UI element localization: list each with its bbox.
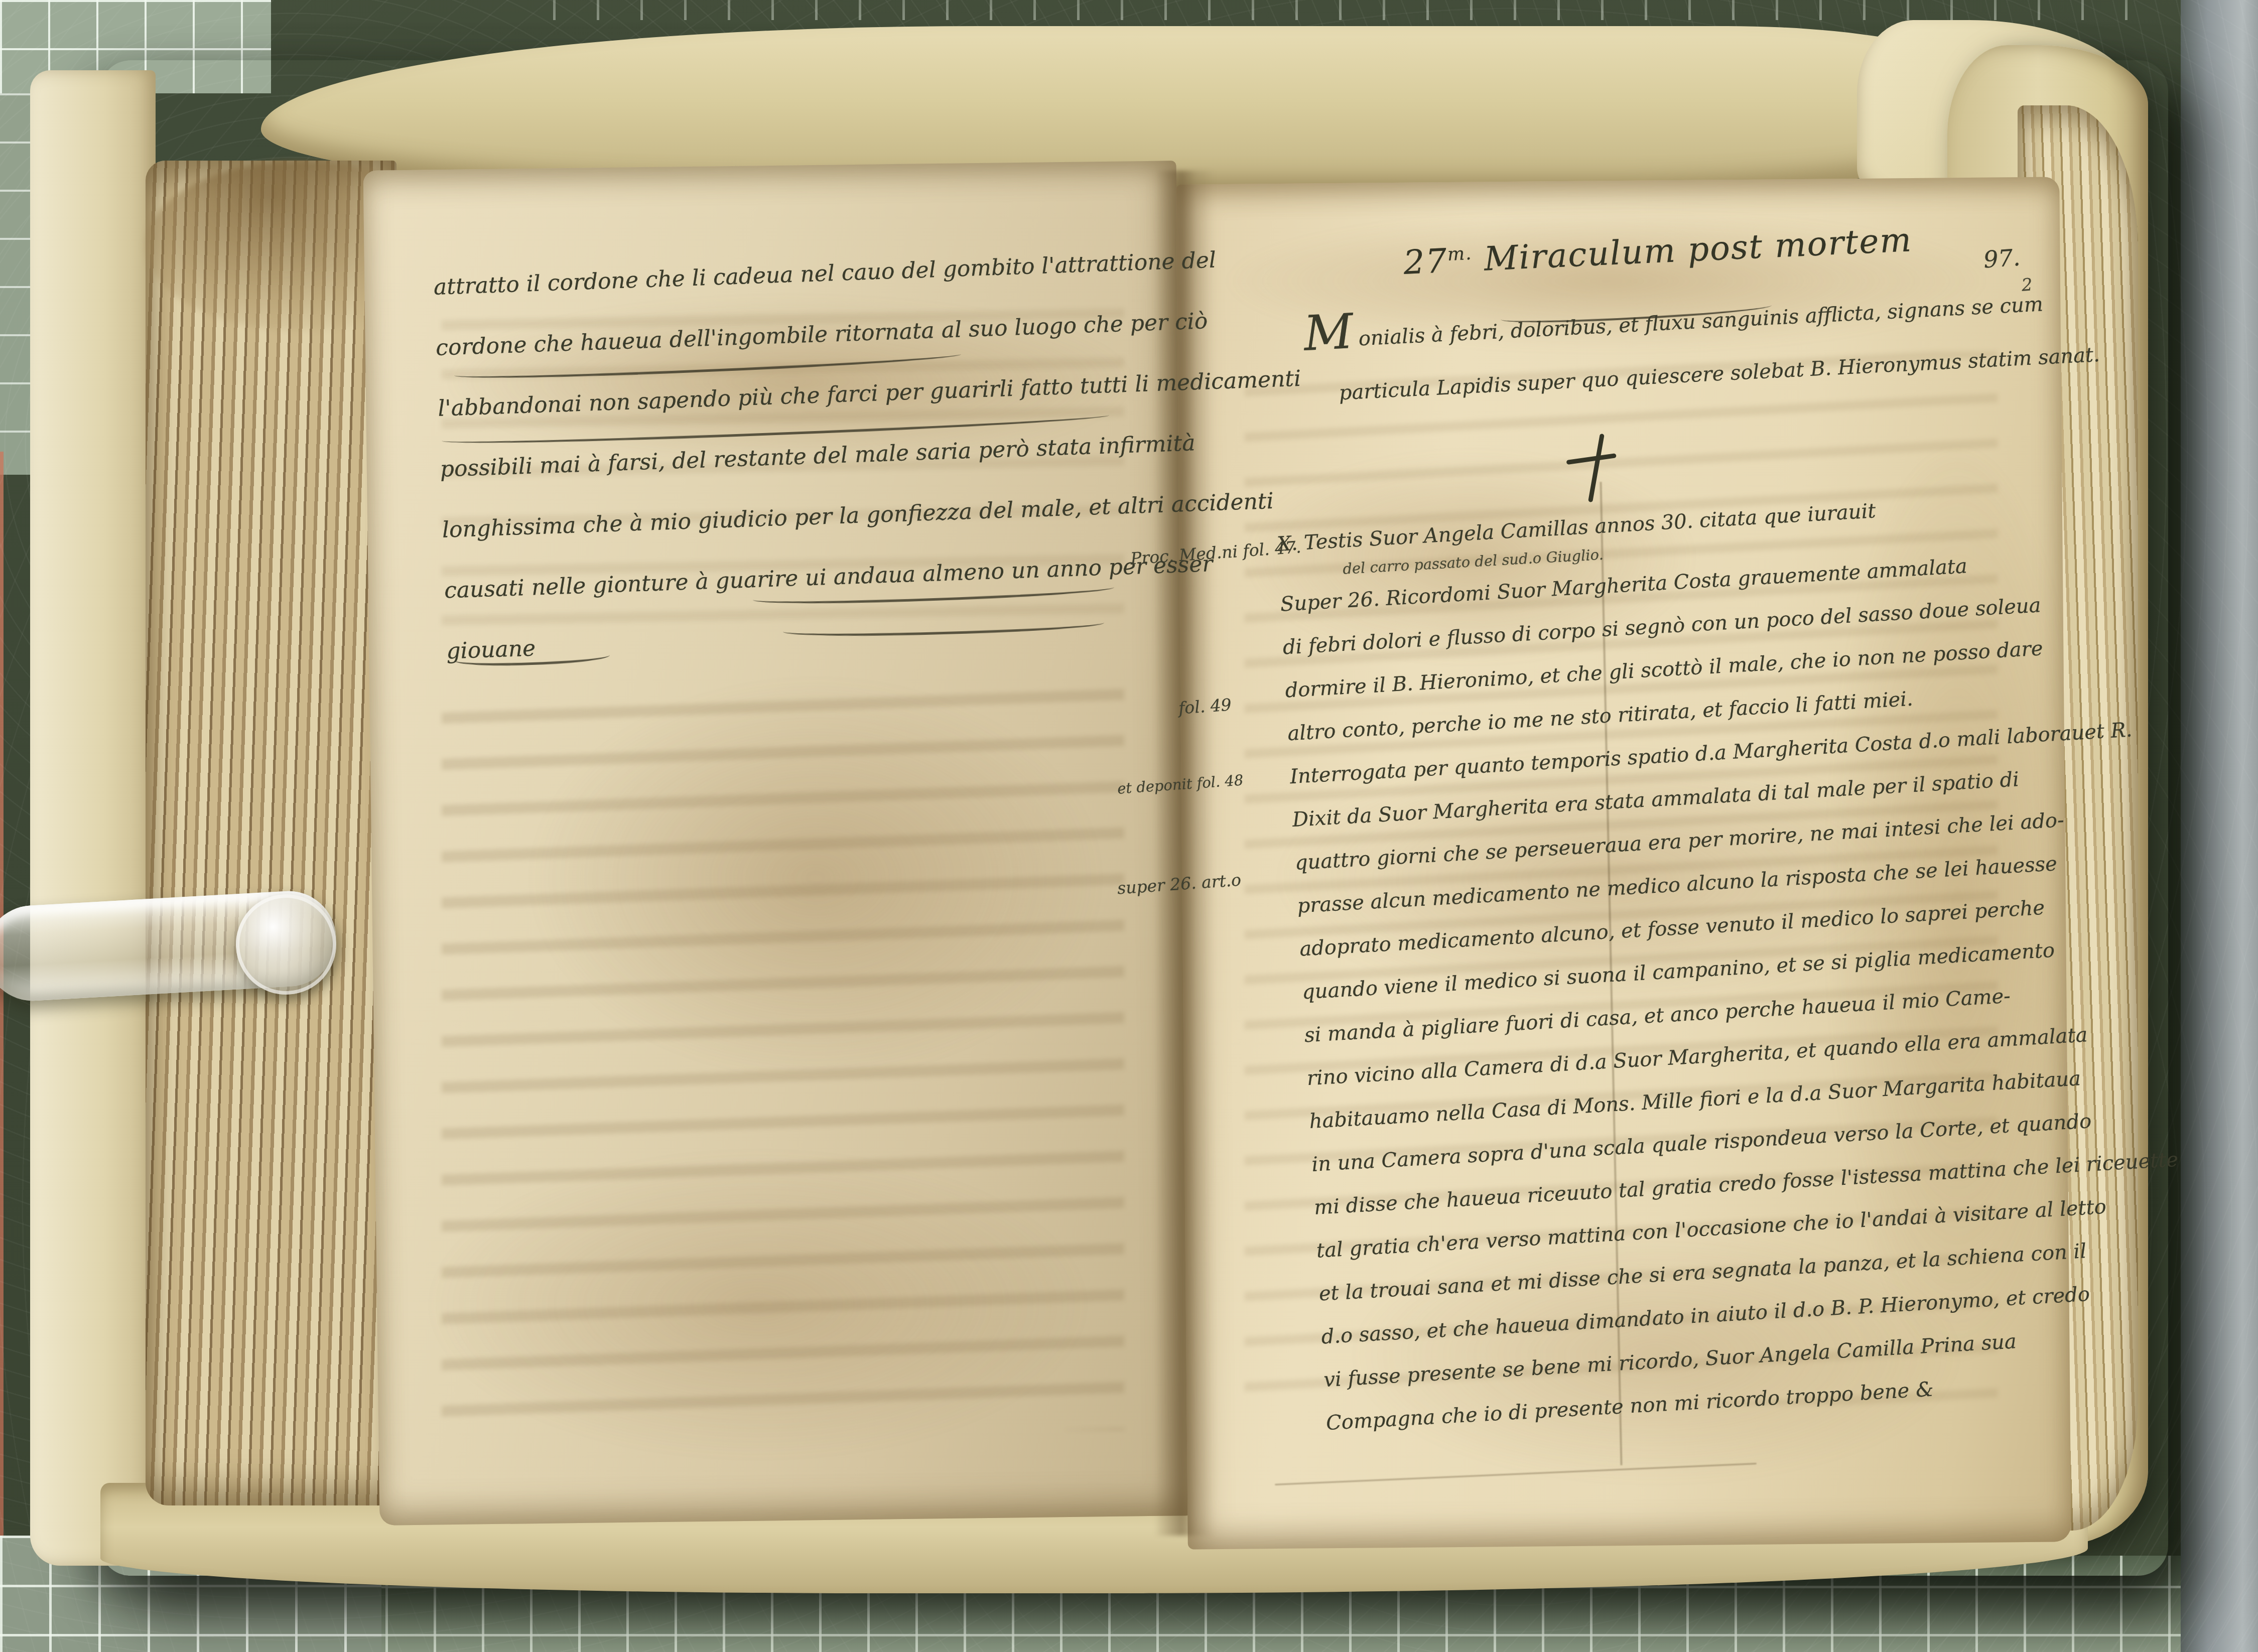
page-stack-left-edge <box>146 161 396 1505</box>
folio-number: 97. <box>1982 244 2021 273</box>
chapter-number-superscript: m. <box>1447 243 1473 265</box>
margin-note: fol. 49 <box>1178 695 1232 718</box>
cross-vertical-bar <box>1588 434 1605 502</box>
manuscript-photo: attratto il cordone che li cadeua nel ca… <box>0 0 2258 1652</box>
testimony-text: X. Testis Suor Angela Camillas annos 30.… <box>1276 479 2119 1445</box>
summary-initial: M <box>1303 310 1355 355</box>
red-edge-sliver <box>0 452 4 1652</box>
left-page-text: attratto il cordone che li cadeua nel ca… <box>433 232 1160 681</box>
cross-mark <box>1562 429 1623 507</box>
gray-strip-right <box>2181 0 2258 1652</box>
parchment-cover-left <box>30 70 156 1566</box>
chapter-number: 27 <box>1403 241 1448 282</box>
cross-horizontal-bar <box>1566 453 1617 465</box>
